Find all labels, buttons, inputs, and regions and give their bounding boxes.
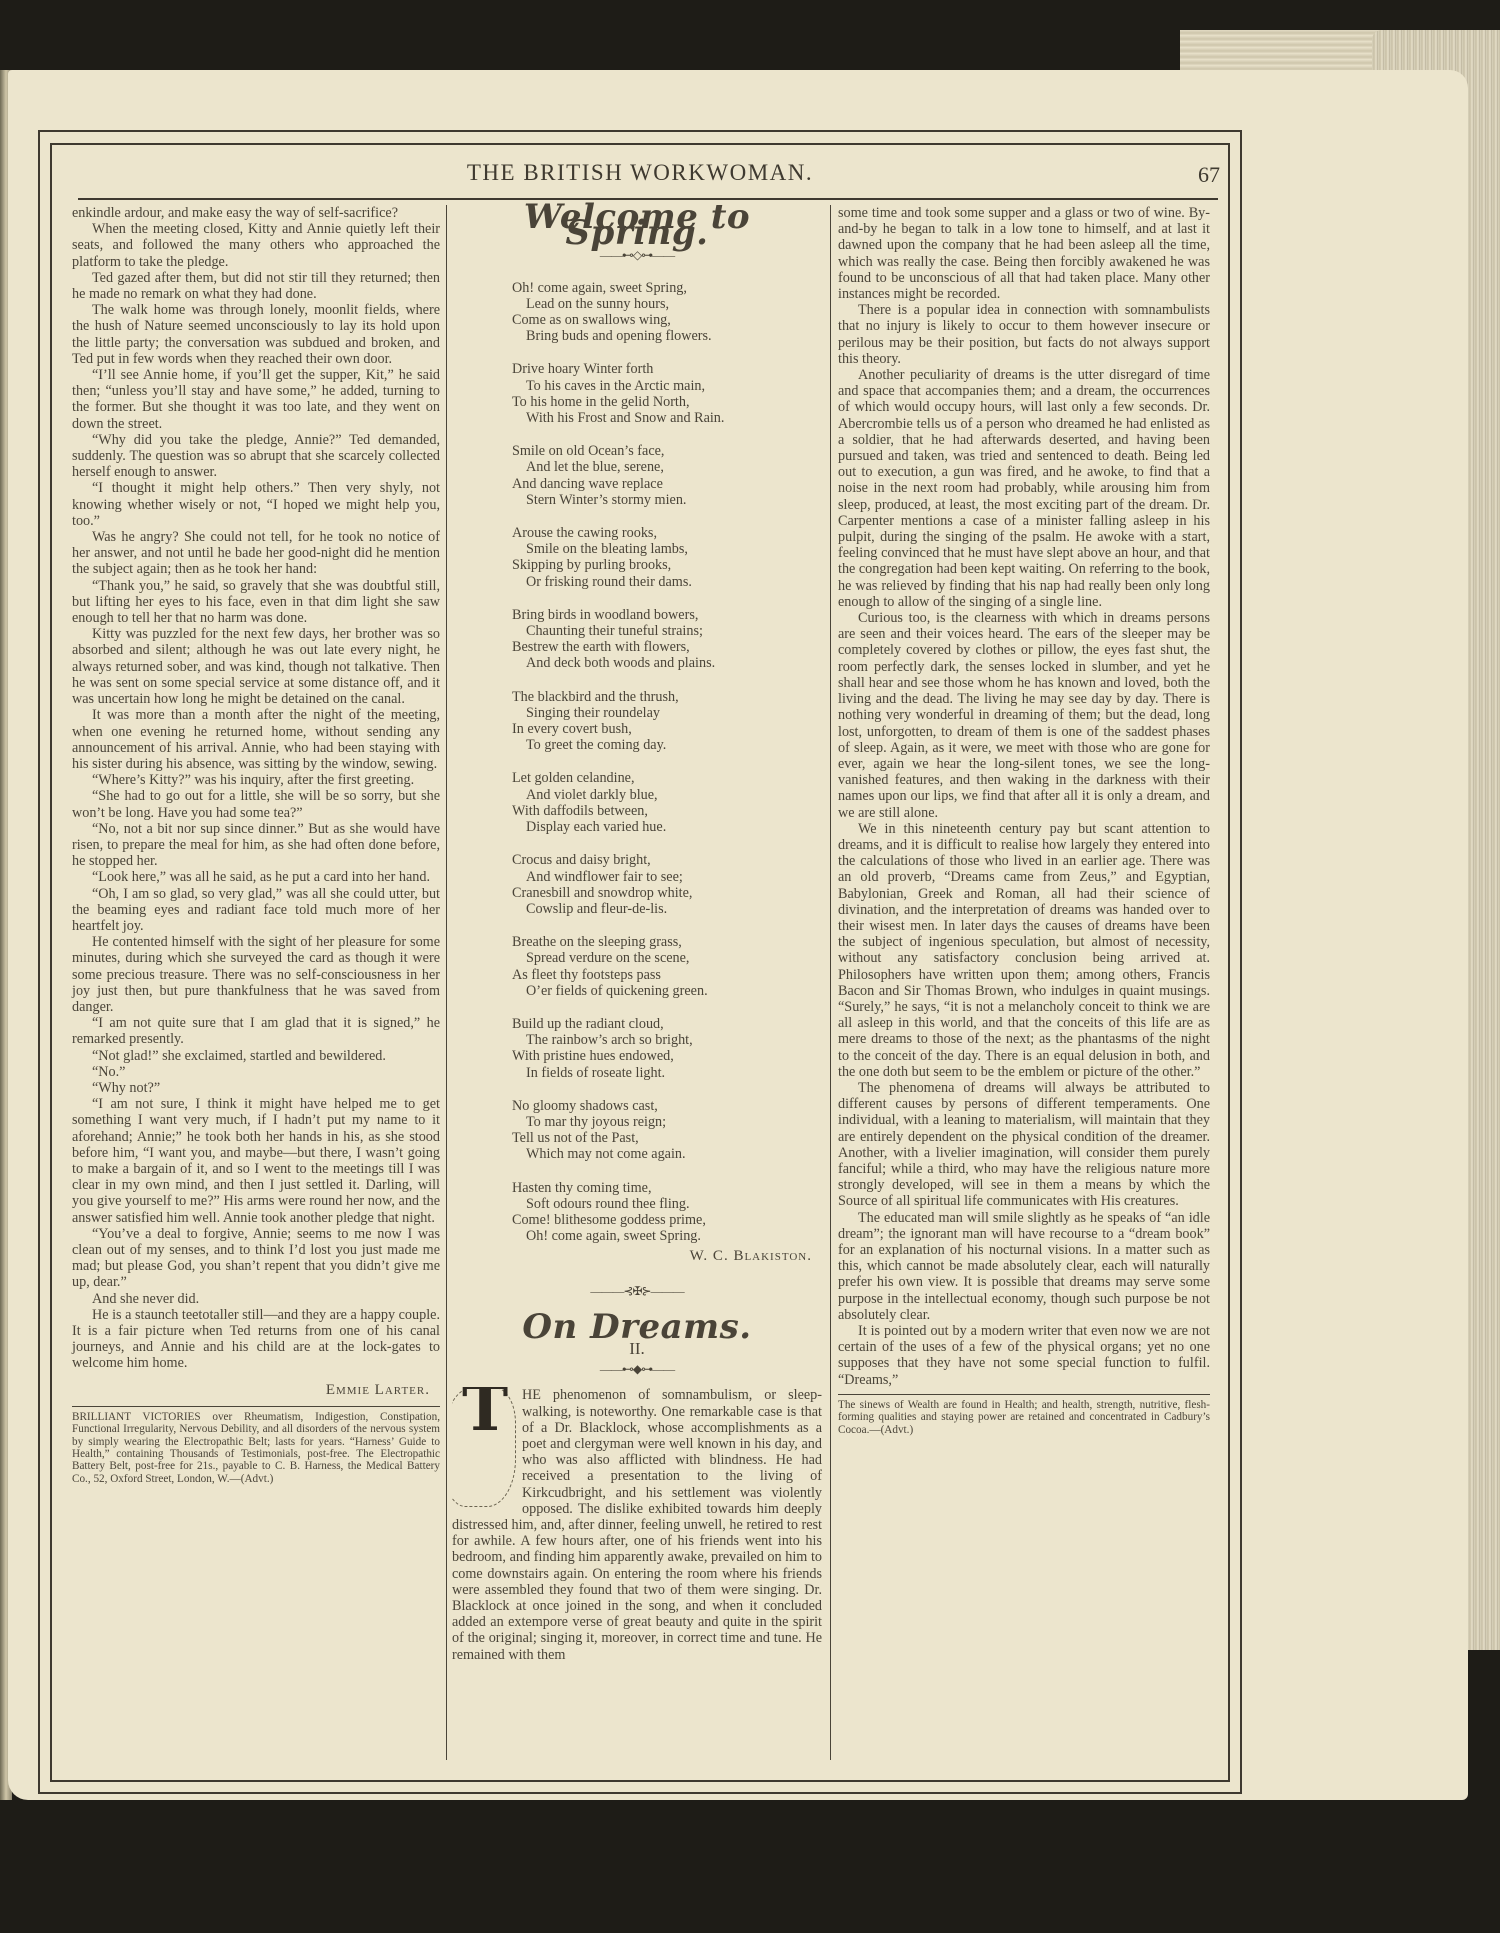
poem-column: Welcome to Spring. ——⊷◇⊶—— Oh! come agai… bbox=[452, 205, 822, 1663]
poem-line: Oh! come again, sweet Spring. bbox=[452, 1228, 822, 1244]
poem-line: Let golden celandine, bbox=[452, 770, 822, 786]
poem-stanza: Smile on old Ocean’s face, And let the b… bbox=[452, 443, 822, 508]
poem-body: Oh! come again, sweet Spring, Lead on th… bbox=[452, 280, 822, 1245]
poem-line: Or frisking round their dams. bbox=[452, 574, 822, 590]
poem-line: And deck both woods and plains. bbox=[452, 655, 822, 671]
poem-line: To his caves in the Arctic main, bbox=[452, 378, 822, 394]
poem-stanza: Oh! come again, sweet Spring, Lead on th… bbox=[452, 280, 822, 345]
section-divider-ornament: ———⊰✠⊱——— bbox=[452, 1283, 822, 1299]
article-paragraph: Curious too, is the clearness with which… bbox=[838, 610, 1210, 821]
poem-stanza: Let golden celandine, And violet darkly … bbox=[452, 770, 822, 835]
poem-line: Arouse the cawing rooks, bbox=[452, 525, 822, 541]
article-paragraph: some time and took some supper and a gla… bbox=[838, 205, 1210, 302]
story-paragraph: “I’ll see Annie home, if you’ll get the … bbox=[72, 367, 440, 432]
poem-line: To greet the coming day. bbox=[452, 737, 822, 753]
poem-line: Crocus and daisy bright, bbox=[452, 852, 822, 868]
poem-stanza: Bring birds in woodland bowers, Chauntin… bbox=[452, 607, 822, 672]
story-paragraph: “No.” bbox=[72, 1064, 440, 1080]
poem-line: Bestrew the earth with flowers, bbox=[452, 639, 822, 655]
poem-stanza: No gloomy shadows cast, To mar thy joyou… bbox=[452, 1098, 822, 1163]
title-ornament: ——⊷◇⊶—— bbox=[452, 247, 822, 263]
poem-stanza: Hasten thy coming time, Soft odours roun… bbox=[452, 1180, 822, 1245]
poem-line: In fields of roseate light. bbox=[452, 1065, 822, 1081]
story-paragraph: Was he angry? She could not tell, for he… bbox=[72, 529, 440, 578]
poem-stanza: Breathe on the sleeping grass, Spread ve… bbox=[452, 934, 822, 999]
poem-line: Drive hoary Winter forth bbox=[452, 361, 822, 377]
poem-line: Come! blithesome goddess prime, bbox=[452, 1212, 822, 1228]
article-opening: T HE phenomenon of somnambulism, or slee… bbox=[452, 1387, 822, 1662]
poem-line: Bring buds and opening flowers. bbox=[452, 328, 822, 344]
drop-cap-letter: T bbox=[462, 1401, 508, 1417]
poem-line: With his Frost and Snow and Rain. bbox=[452, 410, 822, 426]
story-paragraph: “You’ve a deal to forgive, Annie; seems … bbox=[72, 1226, 440, 1291]
publication-title: THE BRITISH WORKWOMAN. bbox=[60, 160, 1220, 186]
page-number: 67 bbox=[1198, 162, 1220, 188]
poem-line: The blackbird and the thrush, bbox=[452, 689, 822, 705]
story-paragraph: The walk home was through lonely, moonli… bbox=[72, 302, 440, 367]
poem-line: Stern Winter’s stormy mien. bbox=[452, 492, 822, 508]
poem-line: Bring birds in woodland bowers, bbox=[452, 607, 822, 623]
running-head: THE BRITISH WORKWOMAN. 67 bbox=[60, 160, 1220, 190]
poem-line: Display each varied hue. bbox=[452, 819, 822, 835]
poem-line: No gloomy shadows cast, bbox=[452, 1098, 822, 1114]
story-paragraph: Kitty was puzzled for the next few days,… bbox=[72, 626, 440, 707]
poem-line: And violet darkly blue, bbox=[452, 787, 822, 803]
poem-line: With pristine hues endowed, bbox=[452, 1048, 822, 1064]
story-paragraph: He is a staunch teetotaller still—and th… bbox=[72, 1307, 440, 1372]
book-top-edge bbox=[1180, 30, 1400, 70]
poem-stanza: Build up the radiant cloud, The rainbow’… bbox=[452, 1016, 822, 1081]
poem-line: And dancing wave replace bbox=[452, 476, 822, 492]
electropathic-belt-advert: BRILLIANT VICTORIES over Rheumatism, Ind… bbox=[72, 1406, 440, 1485]
column-divider-1 bbox=[446, 205, 447, 1760]
story-paragraph: “Where’s Kitty?” was his inquiry, after … bbox=[72, 772, 440, 788]
poem-line: Hasten thy coming time, bbox=[452, 1180, 822, 1196]
article-ornament: ——⊷◆⊶—— bbox=[452, 1361, 822, 1377]
article-paragraph: The phenomena of dreams will always be a… bbox=[838, 1080, 1210, 1210]
story-paragraph: “Why did you take the pledge, Annie?” Te… bbox=[72, 432, 440, 481]
story-paragraph: “Thank you,” he said, so gravely that sh… bbox=[72, 578, 440, 627]
story-paragraph: And she never did. bbox=[72, 1291, 440, 1307]
poem-title: Welcome to Spring. bbox=[452, 209, 822, 241]
story-paragraph: “I thought it might help others.” Then v… bbox=[72, 480, 440, 529]
cadbury-cocoa-advert: The sinews of Wealth are found in Health… bbox=[838, 1394, 1210, 1436]
poem-line: In every covert bush, bbox=[452, 721, 822, 737]
poem-line: Build up the radiant cloud, bbox=[452, 1016, 822, 1032]
poem-line: Breathe on the sleeping grass, bbox=[452, 934, 822, 950]
poem-line: And let the blue, serene, bbox=[452, 459, 822, 475]
article-paragraph: Another peculiarity of dreams is the utt… bbox=[838, 367, 1210, 610]
story-paragraph: When the meeting closed, Kitty and Annie… bbox=[72, 221, 440, 270]
story-paragraph: “I am not sure, I think it might have he… bbox=[72, 1096, 440, 1226]
article-title: On Dreams. bbox=[452, 1319, 822, 1335]
poem-line: Chaunting their tuneful strains; bbox=[452, 623, 822, 639]
story-paragraph: “No, not a bit nor sup since dinner.” Bu… bbox=[72, 821, 440, 870]
story-paragraph: “Oh, I am so glad, so very glad,” was al… bbox=[72, 886, 440, 935]
story-paragraph: He contented himself with the sight of h… bbox=[72, 934, 440, 1015]
poem-line: And windflower fair to see; bbox=[452, 869, 822, 885]
poem-line: As fleet thy footsteps pass bbox=[452, 967, 822, 983]
poem-line: O’er fields of quickening green. bbox=[452, 983, 822, 999]
poem-line: To his home in the gelid North, bbox=[452, 394, 822, 410]
article-paragraph: The educated man will smile slightly as … bbox=[838, 1210, 1210, 1323]
poem-line: Cranesbill and snowdrop white, bbox=[452, 885, 822, 901]
story-paragraph: “She had to go out for a little, she wil… bbox=[72, 788, 440, 820]
story-paragraph: Ted gazed after them, but did not stir t… bbox=[72, 270, 440, 302]
dreams-continued-column: some time and took some supper and a gla… bbox=[838, 205, 1210, 1436]
poem-line: Smile on old Ocean’s face, bbox=[452, 443, 822, 459]
poem-line: Which may not come again. bbox=[452, 1146, 822, 1162]
ornamental-drop-cap: T bbox=[452, 1387, 516, 1507]
poem-line: Tell us not of the Past, bbox=[452, 1130, 822, 1146]
story-paragraph: “Look here,” was all he said, as he put … bbox=[72, 869, 440, 885]
story-paragraph: “I am not quite sure that I am glad that… bbox=[72, 1015, 440, 1047]
story-column: enkindle ardour, and make easy the way o… bbox=[72, 205, 440, 1485]
poem-line: With daffodils between, bbox=[452, 803, 822, 819]
poem-stanza: Drive hoary Winter forth To his caves in… bbox=[452, 361, 822, 426]
poem-line: Spread verdure on the scene, bbox=[452, 950, 822, 966]
poem-line: Oh! come again, sweet Spring, bbox=[452, 280, 822, 296]
poem-line: Skipping by purling brooks, bbox=[452, 557, 822, 573]
poem-line: Lead on the sunny hours, bbox=[452, 296, 822, 312]
story-author: Emmie Larter. bbox=[72, 1382, 430, 1398]
story-paragraph: It was more than a month after the night… bbox=[72, 707, 440, 772]
story-paragraph: “Not glad!” she exclaimed, startled and … bbox=[72, 1048, 440, 1064]
poem-stanza: The blackbird and the thrush, Singing th… bbox=[452, 689, 822, 754]
poem-line: Come as on swallows wing, bbox=[452, 312, 822, 328]
poem-stanza: Arouse the cawing rooks, Smile on the bl… bbox=[452, 525, 822, 590]
story-paragraph: “Why not?” bbox=[72, 1080, 440, 1096]
story-paragraph: enkindle ardour, and make easy the way o… bbox=[72, 205, 440, 221]
poem-line: Cowslip and fleur-de-lis. bbox=[452, 901, 822, 917]
column-divider-2 bbox=[830, 205, 831, 1760]
poem-line: The rainbow’s arch so bright, bbox=[452, 1032, 822, 1048]
poem-line: Soft odours round thee fling. bbox=[452, 1196, 822, 1212]
article-paragraph: We in this nineteenth century pay but sc… bbox=[838, 821, 1210, 1080]
poem-line: To mar thy joyous reign; bbox=[452, 1114, 822, 1130]
poem-stanza: Crocus and daisy bright, And windflower … bbox=[452, 852, 822, 917]
article-part-number: II. bbox=[452, 1341, 822, 1357]
poem-line: Singing their roundelay bbox=[452, 705, 822, 721]
poem-author: W. C. Blakiston. bbox=[452, 1248, 812, 1264]
article-paragraph: It is pointed out by a modern writer tha… bbox=[838, 1323, 1210, 1388]
article-paragraph: There is a popular idea in connection wi… bbox=[838, 302, 1210, 367]
poem-line: Smile on the bleating lambs, bbox=[452, 541, 822, 557]
